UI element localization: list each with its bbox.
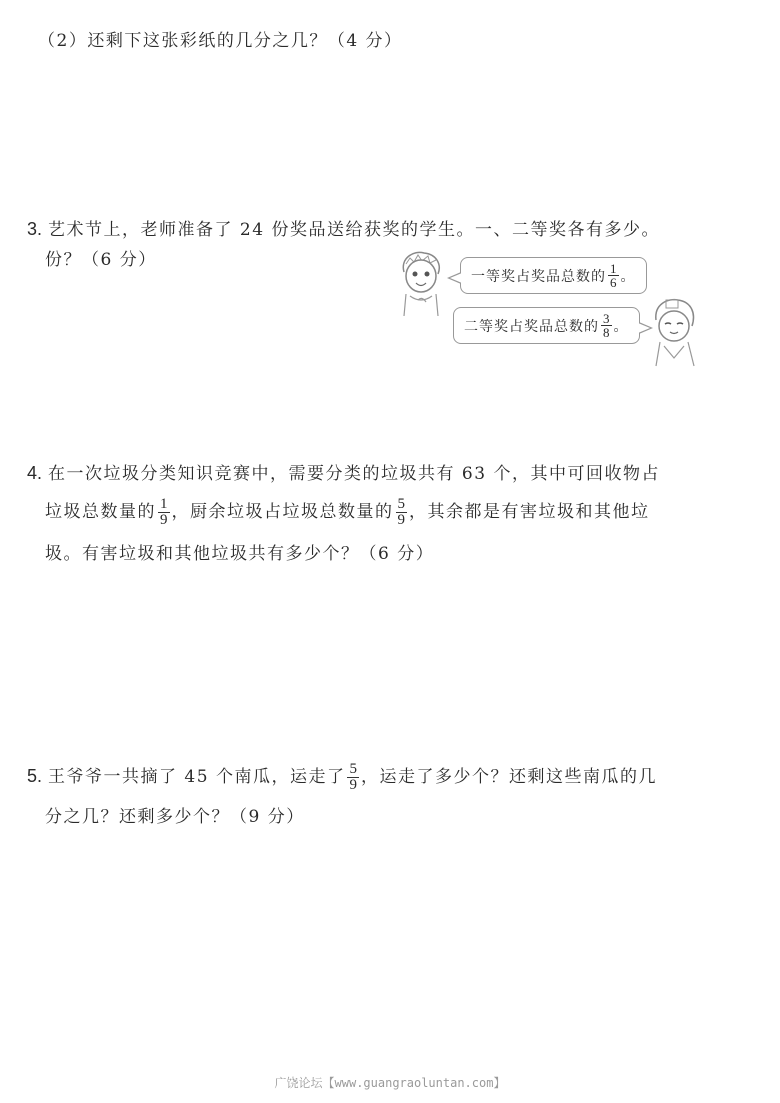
question-text: 王爷爷一共摘了 45 个南瓜，运走了 <box>48 767 345 787</box>
denominator: 9 <box>347 778 359 793</box>
question-text: 垃圾总数量的 <box>45 502 156 522</box>
numerator: 5 <box>347 762 359 778</box>
question-2-part-2: （2）还剩下这张彩纸的几分之几？（4 分） <box>38 29 403 53</box>
question-4-line-1: 4.在一次垃圾分类知识竞赛中，需要分类的垃圾共有 63 个，其中可回收物占 <box>27 461 660 486</box>
boy-character-icon <box>396 250 446 322</box>
numerator: 3 <box>601 312 612 326</box>
denominator: 9 <box>158 513 170 528</box>
question-number: 5. <box>27 766 42 786</box>
bubble-suffix: 。 <box>614 316 629 336</box>
numerator: 1 <box>158 497 170 513</box>
question-text: 在一次垃圾分类知识竞赛中，需要分类的垃圾共有 63 个，其中可回收物占 <box>48 464 660 484</box>
speech-bubble-first-prize: 一等奖占奖品总数的 16 。 <box>460 257 647 294</box>
speech-bubble-second-prize: 二等奖占奖品总数的 38 。 <box>453 307 640 344</box>
question-3-line-2: 份？（6 分） <box>45 248 157 272</box>
fraction: 38 <box>601 312 612 339</box>
numerator: 1 <box>608 262 619 276</box>
bubble-text: 二等奖占奖品总数的 <box>464 316 599 336</box>
question-text: ，厨余垃圾占垃圾总数量的 <box>172 502 394 522</box>
denominator: 6 <box>608 276 619 289</box>
question-text: 圾。有害垃圾和其他垃圾共有多少个？（6 分） <box>45 544 434 564</box>
question-text: 分之几？还剩多少个？（9 分） <box>45 807 305 827</box>
question-text: （2）还剩下这张彩纸的几分之几？（4 分） <box>38 31 403 51</box>
bubble-suffix: 。 <box>621 266 636 286</box>
question-text: ，其余都是有害垃圾和其他垃 <box>409 502 650 522</box>
question-number: 4. <box>27 463 42 483</box>
question-4-line-2: 垃圾总数量的19，厨余垃圾占垃圾总数量的59，其余都是有害垃圾和其他垃 <box>45 497 650 528</box>
question-5-line-2: 分之几？还剩多少个？（9 分） <box>45 805 305 829</box>
fraction: 19 <box>158 497 170 528</box>
question-5-line-1: 5.王爷爷一共摘了 45 个南瓜，运走了59，运走了多少个？还剩这些南瓜的几 <box>27 762 657 793</box>
numerator: 5 <box>396 497 408 513</box>
fraction: 59 <box>347 762 359 793</box>
question-text: 艺术节上，老师准备了 24 份奖品送给获奖的学生。一、二等奖各有多少。 <box>48 220 660 240</box>
question-text: 份？（6 分） <box>45 250 157 270</box>
bubble-text: 一等奖占奖品总数的 <box>471 266 606 286</box>
question-text: ，运走了多少个？还剩这些南瓜的几 <box>361 767 657 787</box>
girl-character-icon <box>648 296 700 372</box>
question-4-line-3: 圾。有害垃圾和其他垃圾共有多少个？（6 分） <box>45 542 434 566</box>
fraction: 59 <box>396 497 408 528</box>
denominator: 9 <box>396 513 408 528</box>
question-3-line-1: 3.艺术节上，老师准备了 24 份奖品送给获奖的学生。一、二等奖各有多少。 <box>27 217 660 242</box>
fraction: 16 <box>608 262 619 289</box>
watermark-footer: 广饶论坛【www.guangraoluntan.com】 <box>0 1074 780 1091</box>
question-number: 3. <box>27 219 42 239</box>
denominator: 8 <box>601 326 612 339</box>
